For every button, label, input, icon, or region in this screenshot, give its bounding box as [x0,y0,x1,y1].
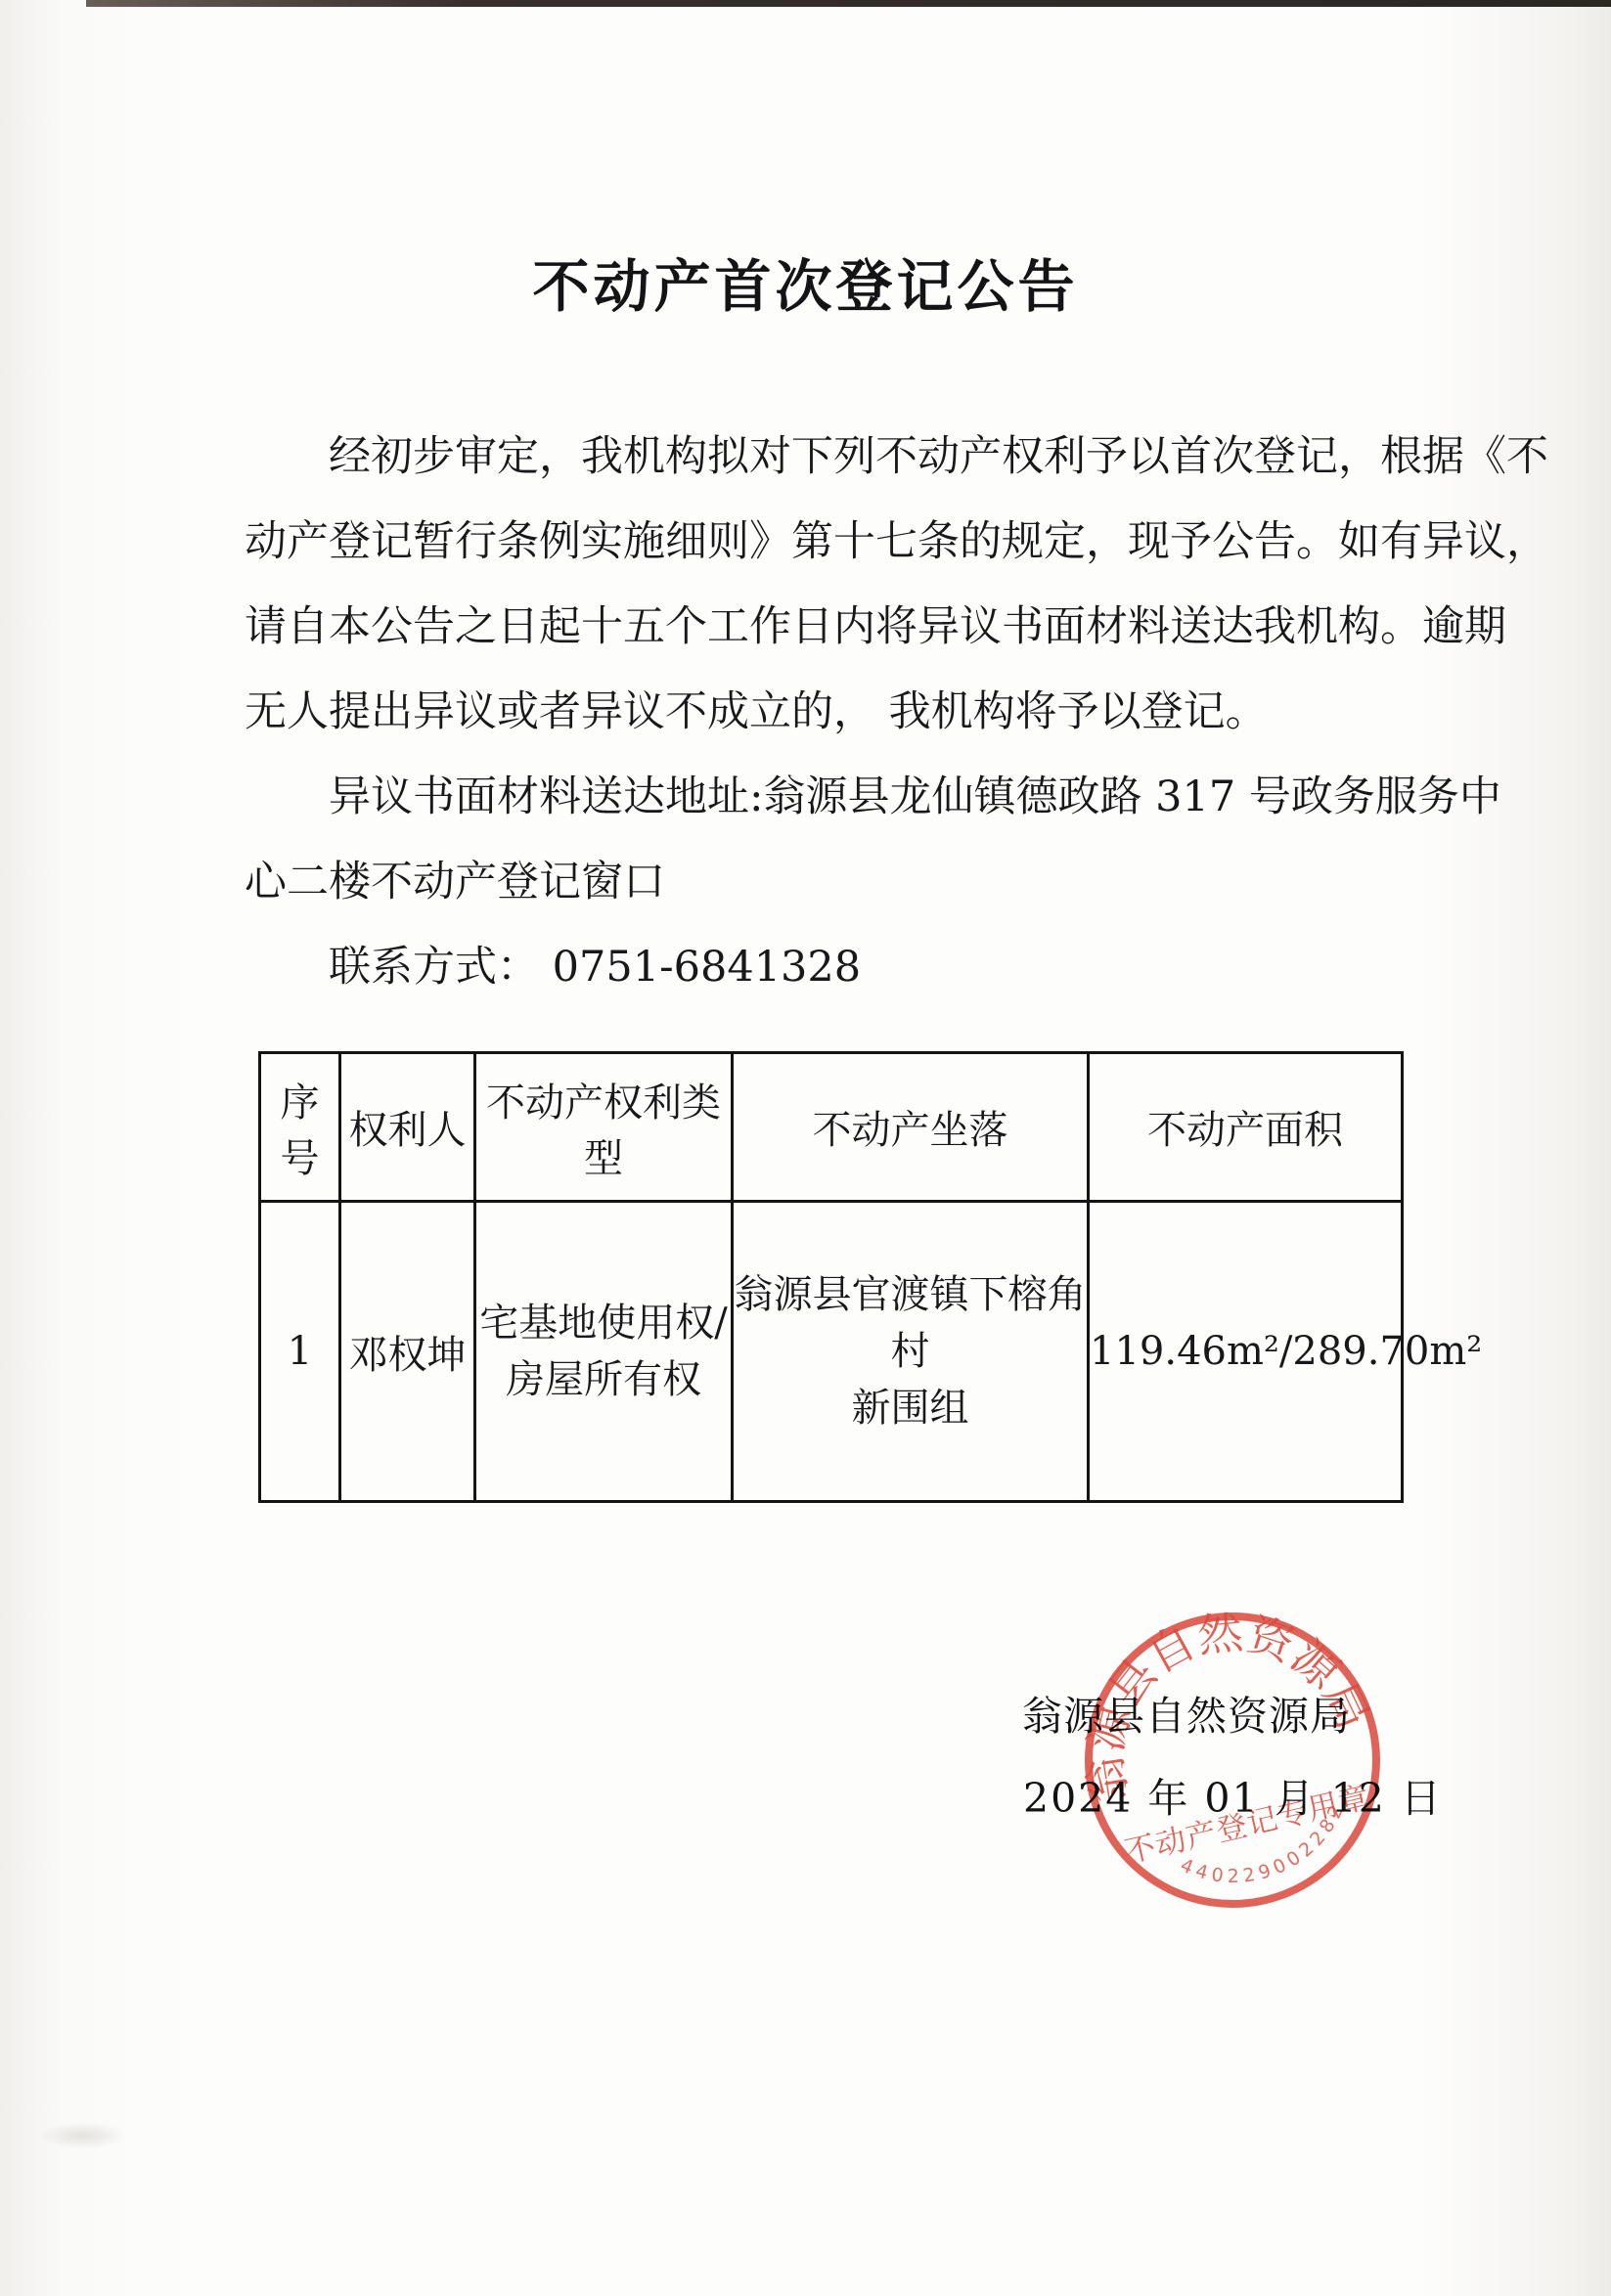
header-type: 不动产权利类型 [475,1053,733,1202]
cell-type: 宅基地使用权/ 房屋所有权 [475,1202,733,1502]
cell-area: 119.46m²/289.70m² [1089,1202,1403,1502]
body-line-address: 心二楼不动产登记窗口 [245,856,1384,908]
scan-smudge-artifact [39,2122,127,2149]
table-row: 1 邓权坤 宅基地使用权/ 房屋所有权 翁源县官渡镇下榕角村 新围组 119.4… [260,1202,1403,1502]
body-line: 经初步审定，我机构拟对下列不动产权利予以首次登记，根据《不 [245,430,1384,483]
cell-location: 翁源县官渡镇下榕角村 新围组 [733,1202,1089,1502]
cell-type-line1: 宅基地使用权/ [476,1295,731,1351]
scan-edge-artifact [86,0,1611,7]
document-page: 不动产首次登记公告 经初步审定，我机构拟对下列不动产权利予以首次登记，根据《不 … [0,0,1611,2296]
page-title: 不动产首次登记公告 [0,241,1611,323]
cell-seq: 1 [260,1202,340,1502]
body-line: 无人提出异议或者异议不成立的， 我机构将予以登记。 [245,685,1384,738]
official-seal: 翁源县自然资源局 不动产登记专用章 440229002282 [1033,1561,1432,1960]
body-line-address: 异议书面材料送达地址:翁源县龙仙镇德政路 317 号政务服务中 [245,771,1384,823]
registration-table: 序号 权利人 不动产权利类型 不动产坐落 不动产面积 1 邓权坤 宅基地使用权/… [258,1051,1404,1503]
body-line: 请自本公告之日起十五个工作日内将异议书面材料送达我机构。逾期 [245,600,1384,653]
header-seq: 序号 [260,1053,340,1202]
header-holder: 权利人 [340,1053,475,1202]
cell-location-line2: 新围组 [734,1380,1087,1436]
cell-type-line2: 房屋所有权 [476,1351,731,1408]
body-line-contact: 联系方式： 0751-6841328 [245,941,1384,993]
cell-location-line1: 翁源县官渡镇下榕角村 [734,1266,1087,1380]
header-location: 不动产坐落 [733,1053,1089,1202]
table-header-row: 序号 权利人 不动产权利类型 不动产坐落 不动产面积 [260,1053,1403,1202]
seal-ring-text: 翁源县自然资源局 [1048,1574,1385,1809]
body-line: 动产登记暂行条例实施细则》第十七条的规定，现予公告。如有异议， [245,515,1384,568]
cell-holder: 邓权坤 [340,1202,475,1502]
header-area: 不动产面积 [1089,1053,1403,1202]
